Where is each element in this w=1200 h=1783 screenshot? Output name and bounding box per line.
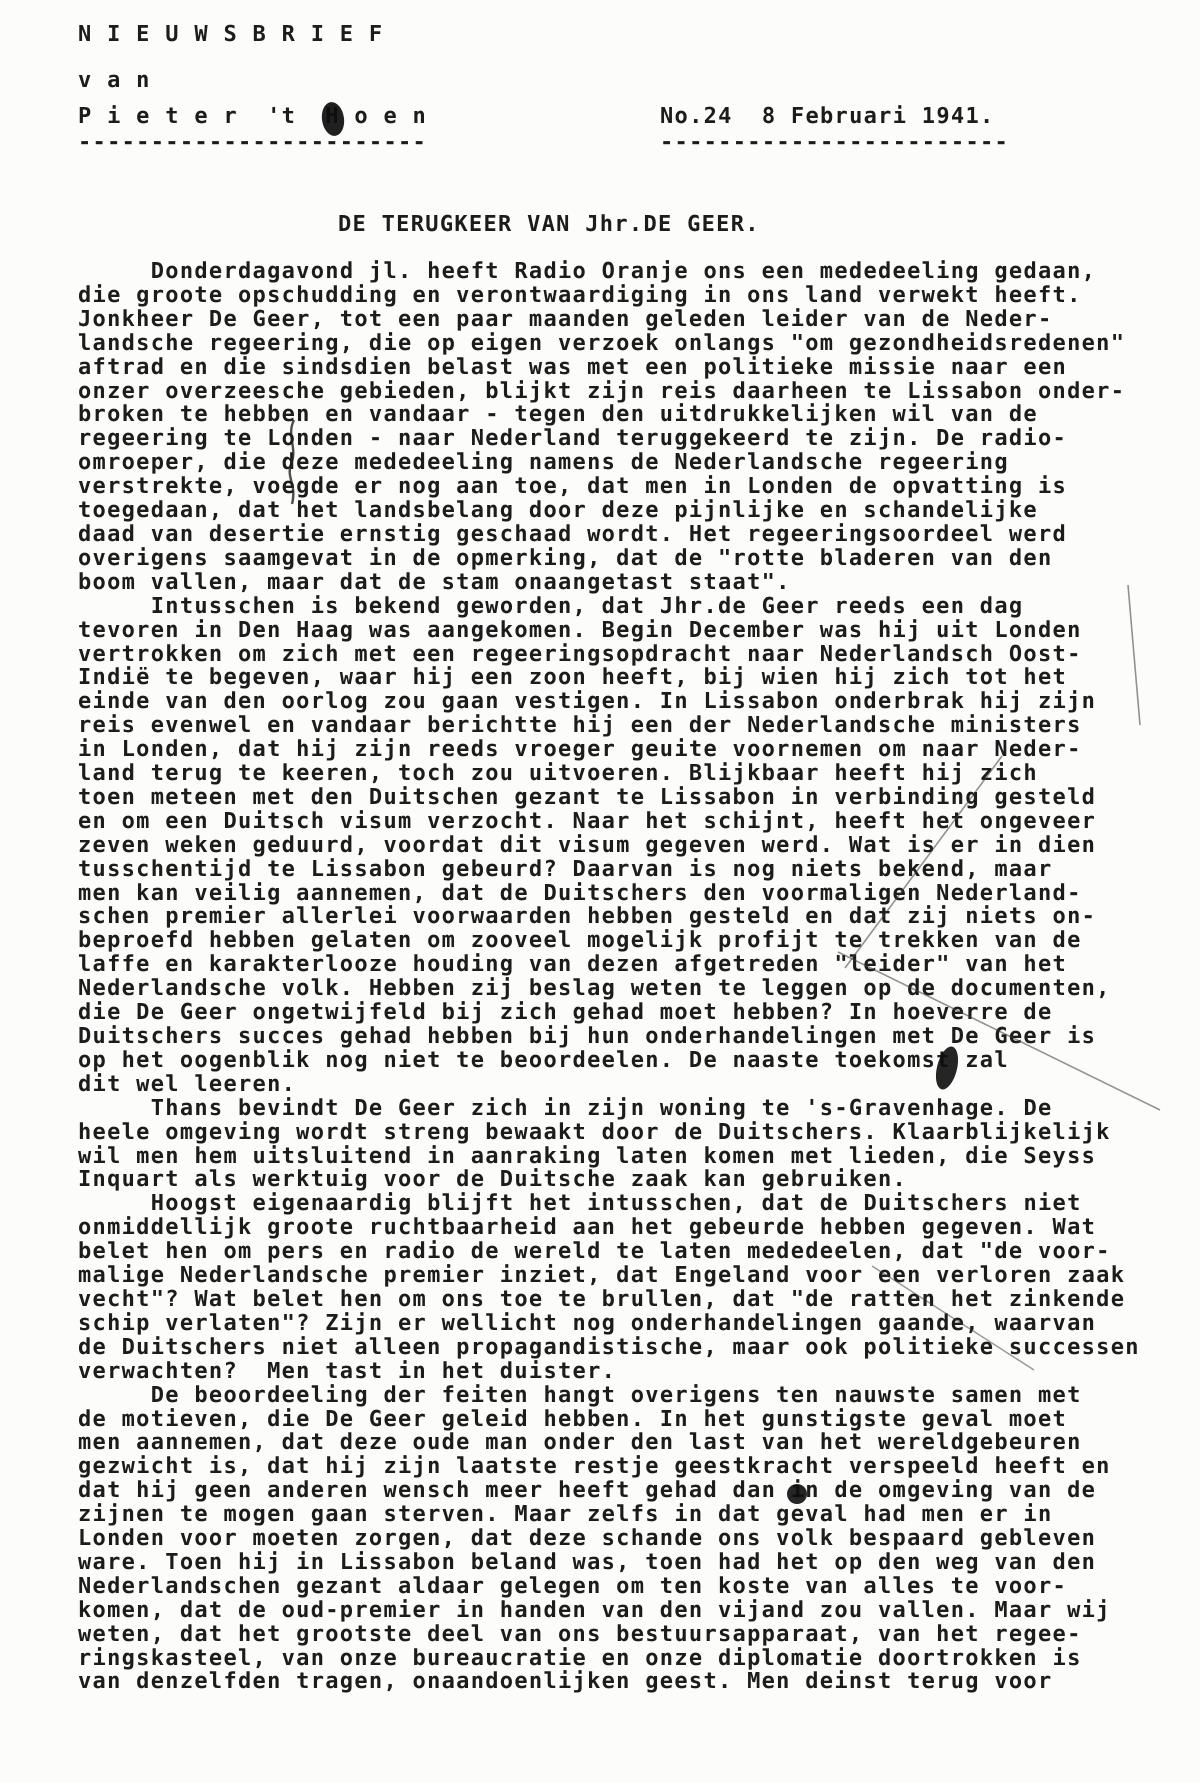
paragraph-3: Thans bevindt De Geer zich in zijn wonin… (78, 1097, 1178, 1193)
paragraph-2: Intusschen is bekend geworden, dat Jhr.d… (78, 595, 1178, 1097)
masthead-van: v a n (78, 68, 151, 93)
paragraph-5: De beoordeeling der feiten hangt overige… (78, 1384, 1178, 1695)
article-title: DE TERUGKEER VAN Jhr.DE GEER. (338, 212, 760, 237)
newsletter-page: N I E U W S B R I E F v a n P i e t e r … (0, 0, 1200, 1783)
paragraph-1: Donderdagavond jl. heeft Radio Oranje on… (78, 260, 1178, 595)
paragraph-4: Hoogst eigenaardig blijft het intusschen… (78, 1192, 1178, 1383)
author-name: P i e t e r 't H o e n (78, 104, 427, 129)
masthead-underline: ------------------------ (78, 130, 427, 155)
issue-underline: ------------------------ (660, 130, 1009, 155)
newsletter-masthead: N I E U W S B R I E F (78, 22, 383, 47)
issue-number-date: No.24 8 Februari 1941. (660, 104, 995, 129)
article-body: Donderdagavond jl. heeft Radio Oranje on… (78, 260, 1178, 1694)
